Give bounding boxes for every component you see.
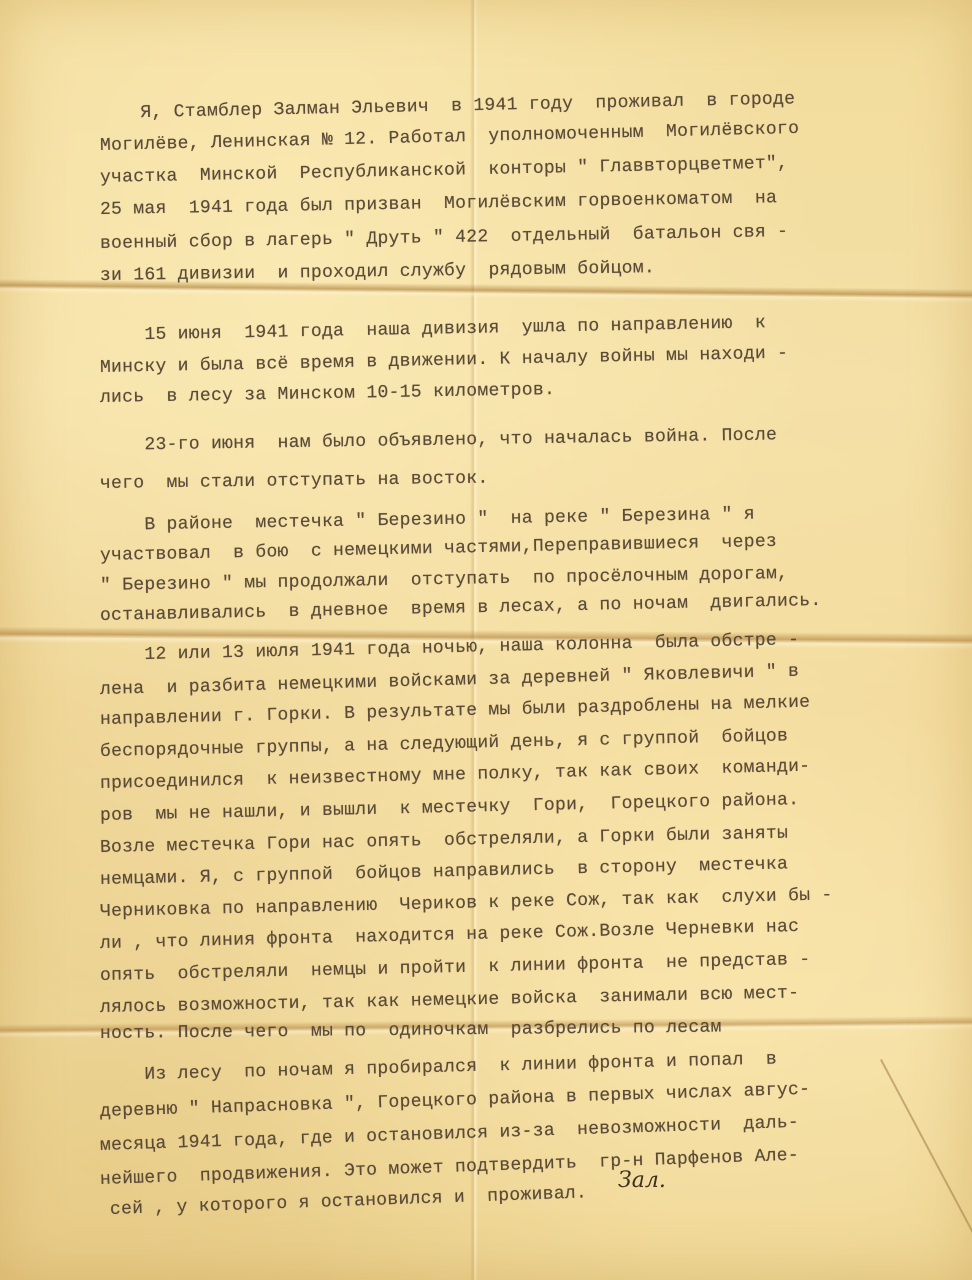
text-line: зи 161 дивизии и проходил службу рядовым… (100, 258, 655, 286)
text-line: 25 мая 1941 года был призван Могилёвским… (100, 188, 777, 220)
text-line: Черниковка по направлению Чериков к реке… (100, 885, 833, 922)
typewritten-body: Я, Стамблер Залман Эльевич в 1941 году п… (0, 0, 972, 1280)
document-page: Я, Стамблер Залман Эльевич в 1941 году п… (0, 0, 972, 1280)
text-line: 12 или 13 июля 1941 года ночью, наша кол… (100, 630, 800, 666)
handwritten-signature: Зал. (618, 1168, 666, 1193)
text-line: участвовал в бою с немецкими частями,Пер… (100, 532, 777, 566)
text-line: присоединился к неизвестному мне полку, … (100, 757, 811, 794)
text-line: ность. После чего мы по одиночкам разбре… (100, 1017, 722, 1044)
text-line: Минску и была всё время в движении. К на… (100, 344, 789, 378)
text-line: 23-го июня нам было объявлено, что начал… (100, 425, 777, 456)
text-line: Я, Стамблер Залман Эльевич в 1941 году п… (96, 89, 796, 124)
text-line: Из лесу по ночам я пробирался к линии фр… (100, 1049, 778, 1086)
text-line: лись в лесу за Минском 10-15 километров. (100, 380, 555, 408)
text-line: " Березино " мы продолжали отступать по … (100, 564, 789, 596)
text-line: Могилёве, Ленинская № 12. Работал уполно… (100, 119, 800, 156)
text-line: немцами. Я, с группой бойцов направились… (100, 854, 789, 890)
text-line: опять обстреляли немцы и пройти к линии … (100, 950, 811, 986)
text-line: останавливались в дневное время в лесах,… (100, 591, 822, 626)
text-line: сей , у которого я остановился и прожива… (110, 1183, 588, 1220)
text-line: ли , что линия фронта находится на реке … (100, 917, 800, 954)
text-line: В районе местечка " Березино " на реке "… (100, 505, 755, 536)
text-line: беспорядочные группы, а на следующий ден… (100, 726, 789, 762)
text-line: лена и разбита немецкими войсками за дер… (100, 662, 800, 700)
text-line: направлении г. Горки. В результате мы бы… (100, 693, 811, 730)
text-line: Возле местечка Гори нас опять обстреляли… (100, 824, 789, 858)
text-line: ров мы не нашли, и вышли к местечку Гори… (100, 790, 800, 826)
text-line: военный сбор в лагерь " Друть " 422 отде… (100, 222, 789, 254)
text-line: чего мы стали отступать на восток. (100, 469, 489, 494)
text-line: 15 июня 1941 года наша дивизия ушла по н… (100, 313, 766, 346)
text-line: лялось возможности, так как немецкие вой… (100, 983, 800, 1018)
text-line: участка Минской Республиканской конторы … (100, 154, 789, 188)
